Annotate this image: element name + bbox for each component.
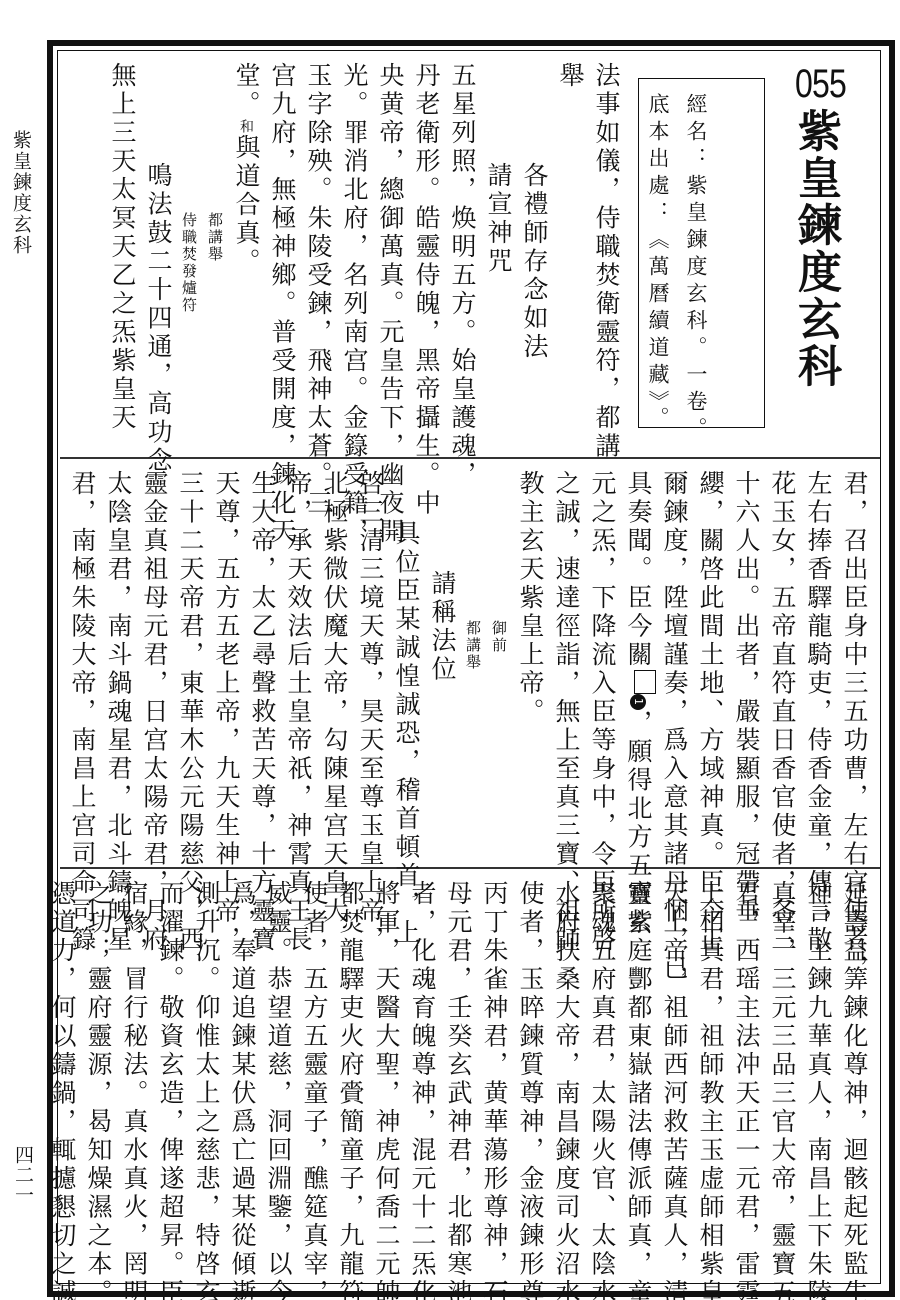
text-column: 測升沉。仰惟太上之慈悲，特啓玄科 — [188, 880, 224, 1280]
text-column: 央黄帝，總御萬真。元皇告下，幽夜開 — [372, 62, 408, 452]
text-column: 爾鍊度，陞壇謹奏，爲入意其諸丹悃，已 — [656, 470, 692, 865]
text-column: 憑道力，何以鑄鍋，輒攄懇切之誠，敢 — [44, 880, 80, 1280]
text-column: 延壽益筭鍊化尊神，迴骸起死監生大 — [836, 880, 872, 1280]
text-column: 都講舉 — [460, 470, 486, 865]
text-column: 真宰，三元三品三官大帝，靈寶五師真 — [764, 880, 800, 1280]
text-column: 啓三清三境天尊，昊天至尊玉皇上帝， — [352, 470, 388, 865]
page-number: 四二一 — [10, 1145, 37, 1205]
text-column: 君，召出臣身中三五功曹，左右官使者， — [836, 470, 872, 865]
text-column: 光。罪消北府，名列南宫。金籙受籍， — [336, 62, 372, 452]
text-column: 將軍，天醫大聖，神虎何喬二元帥，玄 — [368, 880, 404, 1280]
text-column: 法事如儀，侍職焚衛靈符，都講 — [588, 62, 624, 452]
text-column: 請宣神咒 — [480, 62, 516, 452]
text-column: 聚魂五府真君，太陽火官、太陰水官， — [584, 880, 620, 1280]
text-column: 母元君，壬癸玄武神君，北都寒池使 — [440, 880, 476, 1280]
source-edition-line: 底本出處：《萬曆續道藏》。 — [639, 93, 677, 427]
text-block-bottom: 延壽益筭鍊化尊神，迴骸起死監生大神，主鍊九華真人，南昌上下朱陵火府真宰，三元三品… — [44, 880, 872, 1280]
text-column: 之誠，速達徑詣，無上至真三寶、祖師 — [548, 470, 584, 865]
text-column: 三十二天帝君，東華木公元陽慈父，西 — [172, 470, 208, 865]
text-column: 之功；靈府靈源，曷知燥濕之本。匪 — [80, 880, 116, 1280]
running-title: 紫皇鍊度玄科 — [8, 130, 35, 256]
text-column: 元之炁，下降流入臣等身中，令臣所啓 — [584, 470, 620, 865]
text-column: 舉 — [552, 62, 588, 452]
text-column: 花玉女，五帝直符直日香官使者，各三 — [764, 470, 800, 865]
text-column: 威靈。恭望道慈，洞回淵鑒，以今奉 — [260, 880, 296, 1280]
text-block-top: 法事如儀，侍職焚衛靈符，都講舉各禮師存念如法請宣神咒五星列照，焕明五方。始皇護魂… — [104, 62, 624, 452]
source-info-box: 經名：紫皇鍊度玄科。一卷。 底本出處：《萬曆續道藏》。 — [638, 78, 765, 428]
text-column: 都焚龍驛吏火府賫簡童子，九龍符命 — [332, 880, 368, 1280]
text-column: 堂。和與道合真。 — [228, 62, 264, 452]
text-column: 君，南極朱陵大帝，南昌上宫司命司籙 — [64, 470, 100, 865]
text-column: 纓，關啓此間土地、方域神真。臣今正 — [692, 470, 728, 865]
text-column: 鳴法鼓二十四通，高功念 — [140, 62, 176, 452]
scripture-title: 紫皇鍊度玄科 — [790, 108, 840, 390]
text-column: 丹老衛形。皓靈侍魄，黑帝攝生。中 — [408, 62, 444, 452]
text-block-middle: 君，召出臣身中三五功曹，左右官使者，左右捧香驛龍騎吏，侍香金童，傳言散花玉女，五… — [64, 470, 872, 865]
text-column: 爲，奉道追鍊某伏爲亡過某從傾逝，莫 — [224, 880, 260, 1280]
text-column: 上相真君，祖師教主玉虚師相紫皇玄 — [692, 880, 728, 1280]
text-column: 具位臣某誠惶誠恐，稽首頓首，上 — [388, 470, 424, 865]
text-column: 無上三天太冥天乙之炁紫皇天 — [104, 62, 140, 452]
text-column: 使者，玉晬鍊質尊神，金液鍊形尊神， — [512, 880, 548, 1280]
text-column: 侍職焚發爐符 — [176, 62, 202, 452]
text-column: 帝，承天效法后土皇帝祇，神霄真王長 — [280, 470, 316, 865]
text-column: 寶紫庭酆都東嶽諸法傳派師真，童初 — [620, 880, 656, 1280]
lacuna-box — [634, 670, 656, 694]
scripture-name-line: 經名：紫皇鍊度玄科。一卷。 — [677, 93, 715, 427]
text-column: 神，主鍊九華真人，南昌上下朱陵火府 — [800, 880, 836, 1280]
text-column: 者，化魂育魄尊神，混元十二炁化生大 — [404, 880, 440, 1280]
text-column: 使者，五方五靈童子，醮筵真宰，合座 — [296, 880, 332, 1280]
text-column: 君，西瑶主法冲天正一元君，雷霆三省 — [728, 880, 764, 1280]
text-column: 太陰皇君，南斗鍋魂星君，北斗鑄魄星 — [100, 470, 136, 865]
text-column: 御前 — [486, 470, 512, 865]
text-column: 都講舉 — [202, 62, 228, 452]
text-column: 具奏聞。臣今關1，願得北方五靈玄 — [620, 470, 656, 865]
text-column: 丙丁朱雀神君，黄華蕩形尊神，石景水 — [476, 880, 512, 1280]
text-column: 請稱法位 — [424, 470, 460, 865]
text-column: 左右捧香驛龍騎吏，侍香金童，傳言散 — [800, 470, 836, 865]
text-column: 玉字除殃。朱陵受鍊，飛神太蒼。三 — [300, 62, 336, 452]
text-column: 生大帝，太乙尋聲救苦天尊，十方靈寶 — [244, 470, 280, 865]
ritual-note: 和 — [238, 119, 254, 134]
text-column: 北極紫微伏魔大帝，勾陳星宫天皇大 — [316, 470, 352, 865]
text-column: 天上帝，祖師西河救苦薩真人，清微靈 — [656, 880, 692, 1280]
text-column: 靈金真祖母元君，日宫太陽帝君，月府 — [136, 470, 172, 865]
text-column: 天尊，五方五老上帝，九天生神上帝， — [208, 470, 244, 865]
text-column: 宫九府，無極神鄉。普受開度，鍊化天 — [264, 62, 300, 452]
text-column: 五星列照，焕明五方。始皇護魂， — [444, 62, 480, 452]
scripture-number: 055 — [795, 62, 846, 107]
text-column: 而濯鍊。敬資玄造，俾遂超昇。臣幸以 — [152, 880, 188, 1280]
footnote-marker: 1 — [630, 694, 646, 710]
text-column: 十六人出。出者，嚴裝顯服，冠帶垂 — [728, 470, 764, 865]
text-column: 宿緣，冒行秘法。真水真火，罔明昇降 — [116, 880, 152, 1280]
text-column: 水府扶桑大帝，南昌鍊度司火沼水池 — [548, 880, 584, 1280]
text-column: 教主玄天紫皇上帝。 — [512, 470, 548, 865]
text-column: 各禮師存念如法 — [516, 62, 552, 452]
